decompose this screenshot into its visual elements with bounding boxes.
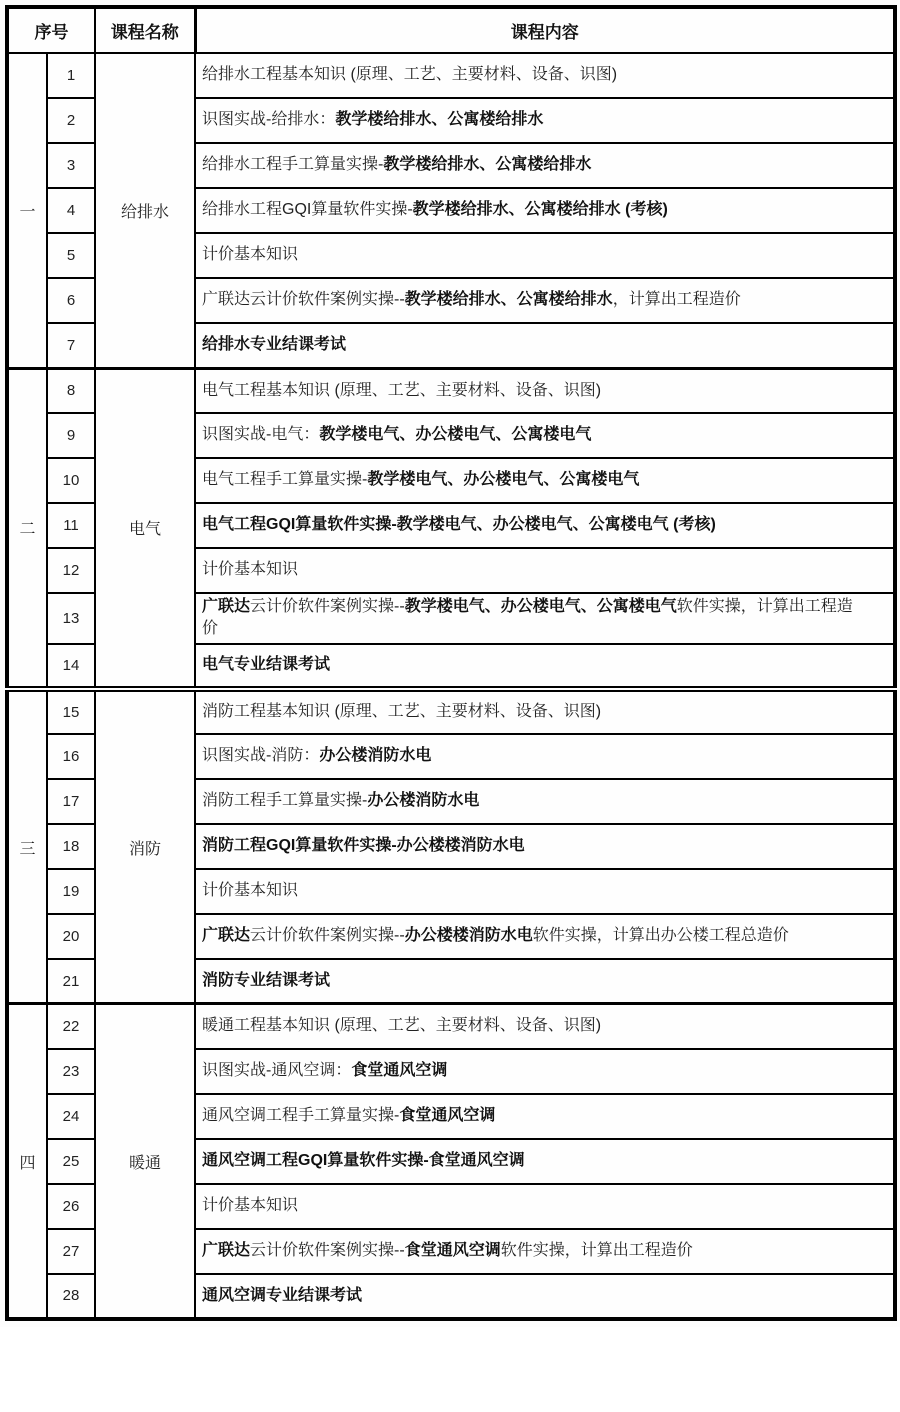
row-number-cell: 13 xyxy=(47,593,95,644)
content-text-bold: 通风空调工程GQI算量软件实操-食堂通风空调 xyxy=(202,1152,525,1169)
row-number-cell: 27 xyxy=(47,1229,95,1274)
content-text-bold: 食堂通风空调 xyxy=(399,1107,495,1124)
course-content-cell: 识图实战-消防：办公楼消防水电 xyxy=(195,734,895,779)
row-number-cell: 6 xyxy=(47,278,95,323)
content-text: 识图实战-电气： xyxy=(202,426,319,443)
content-text: 暖通工程基本知识 (原理、工艺、主要材料、设备、识图) xyxy=(202,1017,601,1034)
header-seq: 序号 xyxy=(7,7,95,53)
content-text: 软件实操，计算出工程造价 xyxy=(501,1242,693,1259)
table-row: 四22暖通暖通工程基本知识 (原理、工艺、主要材料、设备、识图) xyxy=(7,1004,895,1049)
content-text: 通风空调工程手工算量实操- xyxy=(202,1107,399,1124)
content-text-bold: 教学楼电气、办公楼电气、公寓楼电气 xyxy=(319,426,591,443)
course-content-cell: 电气专业结课考试 xyxy=(195,644,895,689)
course-content-cell: 识图实战-通风空调：食堂通风空调 xyxy=(195,1049,895,1094)
course-content-cell: 消防工程基本知识 (原理、工艺、主要材料、设备、识图) xyxy=(195,689,895,734)
content-text: 消防工程手工算量实操- xyxy=(202,792,367,809)
content-text: 识图实战-给排水： xyxy=(202,111,335,128)
content-text: 计价基本知识 xyxy=(202,561,298,578)
content-text: 电气工程基本知识 (原理、工艺、主要材料、设备、识图) xyxy=(202,382,601,399)
course-content-cell: 广联达云计价软件案例实操--教学楼给排水、公寓楼给排水，计算出工程造价 xyxy=(195,278,895,323)
course-content-cell: 给排水专业结课考试 xyxy=(195,323,895,368)
content-text-bold: 广联达 xyxy=(202,1242,250,1259)
course-content-cell: 广联达云计价软件案例实操--教学楼电气、办公楼电气、公寓楼电气软件实操，计算出工… xyxy=(195,593,895,644)
row-number-cell: 14 xyxy=(47,644,95,689)
content-text-bold: 广联达 xyxy=(202,598,250,615)
row-number-cell: 23 xyxy=(47,1049,95,1094)
page: 序号 课程名称 课程内容 一1给排水给排水工程基本知识 (原理、工艺、主要材料、… xyxy=(0,0,900,1327)
content-text-bold: 食堂通风空调 xyxy=(351,1062,447,1079)
content-text: 计价基本知识 xyxy=(202,882,298,899)
table-row: 三15消防消防工程基本知识 (原理、工艺、主要材料、设备、识图) xyxy=(7,689,895,734)
row-number-cell: 8 xyxy=(47,368,95,413)
course-content-cell: 计价基本知识 xyxy=(195,233,895,278)
course-content-cell: 通风空调专业结课考试 xyxy=(195,1274,895,1319)
content-text-bold: 教学楼给排水、公寓楼给排水 (考核) xyxy=(413,201,668,218)
content-text: 给排水工程GQI算量软件实操- xyxy=(202,201,413,218)
content-text-bold: 办公楼消防水电 xyxy=(367,792,479,809)
content-text: 云计价软件案例实操-- xyxy=(250,598,405,615)
content-text: 识图实战-消防： xyxy=(202,747,319,764)
group-label-cell: 一 xyxy=(7,53,47,368)
header-row: 序号 课程名称 课程内容 xyxy=(7,7,895,53)
content-text-bold: 电气工程GQI算量软件实操-教学楼电气、办公楼电气、公寓楼电气 (考核) xyxy=(202,516,716,533)
content-text: 给排水工程基本知识 (原理、工艺、主要材料、设备、识图) xyxy=(202,66,617,83)
row-number-cell: 9 xyxy=(47,413,95,458)
course-content-cell: 识图实战-电气：教学楼电气、办公楼电气、公寓楼电气 xyxy=(195,413,895,458)
course-content-cell: 给排水工程基本知识 (原理、工艺、主要材料、设备、识图) xyxy=(195,53,895,98)
content-text: 计价基本知识 xyxy=(202,246,298,263)
course-content-cell: 计价基本知识 xyxy=(195,1184,895,1229)
table-row: 一1给排水给排水工程基本知识 (原理、工艺、主要材料、设备、识图) xyxy=(7,53,895,98)
header-course-content: 课程内容 xyxy=(195,7,895,53)
content-text-bold: 电气专业结课考试 xyxy=(202,656,330,673)
row-number-cell: 28 xyxy=(47,1274,95,1319)
row-number-cell: 20 xyxy=(47,914,95,959)
course-content-cell: 广联达云计价软件案例实操--办公楼楼消防水电软件实操，计算出办公楼工程总造价 xyxy=(195,914,895,959)
course-content-cell: 给排水工程手工算量实操-教学楼给排水、公寓楼给排水 xyxy=(195,143,895,188)
course-schedule-table: 序号 课程名称 课程内容 一1给排水给排水工程基本知识 (原理、工艺、主要材料、… xyxy=(5,5,897,1321)
row-number-cell: 22 xyxy=(47,1004,95,1049)
content-text-bold: 通风空调专业结课考试 xyxy=(202,1287,362,1304)
row-number-cell: 21 xyxy=(47,959,95,1004)
content-text: 计价基本知识 xyxy=(202,1197,298,1214)
row-number-cell: 15 xyxy=(47,689,95,734)
content-text-bold: 消防专业结课考试 xyxy=(202,972,330,989)
course-content-cell: 消防工程GQI算量软件实操-办公楼楼消防水电 xyxy=(195,824,895,869)
content-text: 云计价软件案例实操-- xyxy=(250,1242,405,1259)
course-name-cell: 暖通 xyxy=(95,1004,195,1319)
content-text-bold: 办公楼消防水电 xyxy=(319,747,431,764)
group-label-cell: 四 xyxy=(7,1004,47,1319)
row-number-cell: 25 xyxy=(47,1139,95,1184)
row-number-cell: 3 xyxy=(47,143,95,188)
content-text: ，计算出工程造价 xyxy=(613,291,741,308)
table-row: 二8电气电气工程基本知识 (原理、工艺、主要材料、设备、识图) xyxy=(7,368,895,413)
row-number-cell: 16 xyxy=(47,734,95,779)
course-content-cell: 电气工程GQI算量软件实操-教学楼电气、办公楼电气、公寓楼电气 (考核) xyxy=(195,503,895,548)
row-number-cell: 19 xyxy=(47,869,95,914)
row-number-cell: 18 xyxy=(47,824,95,869)
content-text-bold: 教学楼给排水、公寓楼给排水 xyxy=(383,156,591,173)
content-text: 给排水工程手工算量实操- xyxy=(202,156,383,173)
content-text-bold: 教学楼给排水、公寓楼给排水 xyxy=(405,291,613,308)
row-number-cell: 1 xyxy=(47,53,95,98)
row-number-cell: 10 xyxy=(47,458,95,503)
row-number-cell: 11 xyxy=(47,503,95,548)
content-text: 广联达云计价软件案例实操-- xyxy=(202,291,405,308)
course-content-cell: 计价基本知识 xyxy=(195,869,895,914)
course-content-cell: 暖通工程基本知识 (原理、工艺、主要材料、设备、识图) xyxy=(195,1004,895,1049)
content-text-bold: 教学楼电气、办公楼电气、公寓楼电气 xyxy=(367,471,639,488)
table-header: 序号 课程名称 课程内容 xyxy=(7,7,895,53)
content-text-bold: 教学楼电气、办公楼电气、公寓楼电气 xyxy=(405,598,677,615)
row-number-cell: 26 xyxy=(47,1184,95,1229)
header-course-name: 课程名称 xyxy=(95,7,195,53)
course-content-cell: 电气工程基本知识 (原理、工艺、主要材料、设备、识图) xyxy=(195,368,895,413)
course-name-cell: 给排水 xyxy=(95,53,195,368)
course-content-cell: 消防工程手工算量实操-办公楼消防水电 xyxy=(195,779,895,824)
content-text: 识图实战-通风空调： xyxy=(202,1062,351,1079)
content-text-bold: 给排水专业结课考试 xyxy=(202,336,346,353)
content-text-bold: 办公楼楼消防水电 xyxy=(405,927,533,944)
row-number-cell: 17 xyxy=(47,779,95,824)
course-content-cell: 给排水工程GQI算量软件实操-教学楼给排水、公寓楼给排水 (考核) xyxy=(195,188,895,233)
content-text-bold: 消防工程GQI算量软件实操-办公楼楼消防水电 xyxy=(202,837,525,854)
content-text: 软件实操，计算出办公楼工程总造价 xyxy=(533,927,789,944)
content-text-bold: 食堂通风空调 xyxy=(405,1242,501,1259)
content-text-bold: 广联达 xyxy=(202,927,250,944)
content-text: 消防工程基本知识 (原理、工艺、主要材料、设备、识图) xyxy=(202,703,601,720)
group-label-cell: 三 xyxy=(7,689,47,1004)
course-content-cell: 消防专业结课考试 xyxy=(195,959,895,1004)
row-number-cell: 2 xyxy=(47,98,95,143)
row-number-cell: 12 xyxy=(47,548,95,593)
row-number-cell: 4 xyxy=(47,188,95,233)
course-content-cell: 广联达云计价软件案例实操--食堂通风空调软件实操，计算出工程造价 xyxy=(195,1229,895,1274)
content-text: 云计价软件案例实操-- xyxy=(250,927,405,944)
group-label-cell: 二 xyxy=(7,368,47,689)
content-text-bold: 教学楼给排水、公寓楼给排水 xyxy=(335,111,543,128)
table-body: 一1给排水给排水工程基本知识 (原理、工艺、主要材料、设备、识图)2识图实战-给… xyxy=(7,53,895,1319)
row-number-cell: 7 xyxy=(47,323,95,368)
row-number-cell: 24 xyxy=(47,1094,95,1139)
course-content-cell: 通风空调工程GQI算量软件实操-食堂通风空调 xyxy=(195,1139,895,1184)
course-content-cell: 电气工程手工算量实操-教学楼电气、办公楼电气、公寓楼电气 xyxy=(195,458,895,503)
course-content-cell: 计价基本知识 xyxy=(195,548,895,593)
row-number-cell: 5 xyxy=(47,233,95,278)
course-content-cell: 通风空调工程手工算量实操-食堂通风空调 xyxy=(195,1094,895,1139)
course-name-cell: 电气 xyxy=(95,368,195,689)
content-text: 电气工程手工算量实操- xyxy=(202,471,367,488)
course-content-cell: 识图实战-给排水：教学楼给排水、公寓楼给排水 xyxy=(195,98,895,143)
course-name-cell: 消防 xyxy=(95,689,195,1004)
